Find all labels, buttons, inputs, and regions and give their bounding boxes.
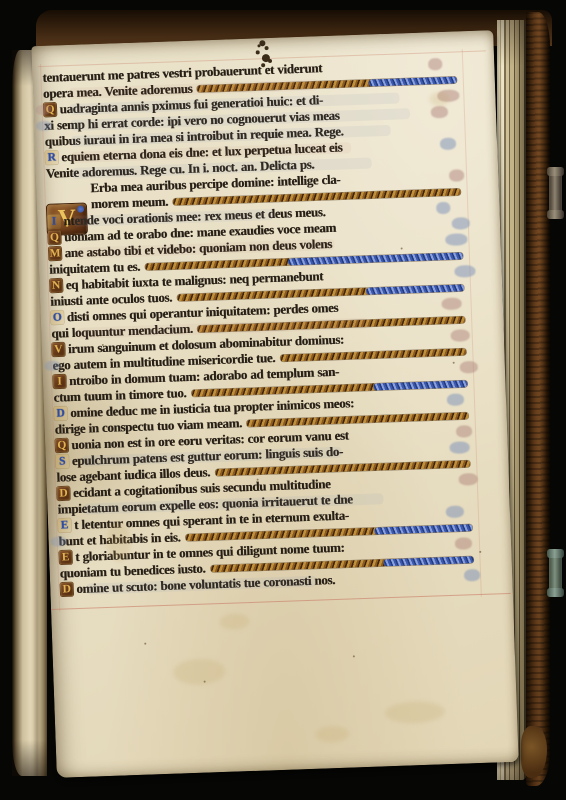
ink-offset-stain <box>36 121 52 132</box>
ink-offset-stain <box>35 105 51 116</box>
ink-offset-stain <box>428 58 442 70</box>
ink-offset-stain <box>459 473 478 486</box>
parchment-stain <box>173 658 226 686</box>
ink-offset-stain <box>449 169 464 182</box>
ink-blot-stain <box>256 50 260 54</box>
ink-offset-stain <box>460 361 478 374</box>
ink-blot-stain <box>265 46 269 50</box>
illuminated-initial: S <box>56 454 69 468</box>
book-photo: tentauerunt me patres vestri probauerunt… <box>0 0 566 800</box>
illuminated-initial: O <box>51 310 64 324</box>
parchment-speck <box>353 655 355 657</box>
illuminated-initial: V <box>52 342 65 356</box>
parchment-speck <box>204 681 206 683</box>
ink-offset-stain <box>51 536 67 547</box>
ink-offset-stain <box>447 393 464 406</box>
illuminated-initial: D <box>60 582 73 596</box>
ink-offset-stain <box>436 202 450 214</box>
parchment-speck <box>144 643 146 645</box>
illuminated-initial: D <box>57 486 70 500</box>
illuminated-initial: Q <box>55 438 68 452</box>
illuminated-initial: I <box>47 214 60 228</box>
illuminated-initial: I <box>53 374 66 388</box>
ink-offset-stain <box>451 329 470 342</box>
parchment-speck <box>479 551 481 553</box>
manuscript-page: tentauerunt me patres vestri probauerunt… <box>31 30 518 778</box>
illuminated-initial: N <box>49 278 62 292</box>
parchment-stain <box>315 726 350 743</box>
illuminated-initial: E <box>58 518 71 532</box>
parchment-speck <box>102 344 104 346</box>
parchment-speck <box>257 479 259 481</box>
ink-offset-stain <box>452 217 470 230</box>
illuminated-initial: E <box>59 550 72 564</box>
ink-blot-stain <box>261 63 265 67</box>
leather-binding-edge <box>526 12 550 786</box>
illuminated-initial: D <box>54 406 67 420</box>
parchment-stain <box>384 700 445 724</box>
ink-offset-stain <box>456 425 472 438</box>
clasp-top <box>549 170 562 216</box>
ink-offset-stain <box>431 106 448 119</box>
parchment-speck <box>401 247 403 249</box>
ink-offset-stain <box>455 537 472 550</box>
ink-offset-stain <box>454 265 475 278</box>
clasp-bottom <box>549 552 562 594</box>
illuminated-initial: Q <box>48 230 61 244</box>
ink-blot-stain <box>257 44 260 47</box>
illuminated-initial: M <box>48 246 61 260</box>
parchment-stain <box>219 613 250 630</box>
ink-offset-stain <box>440 138 456 151</box>
parchment-speck <box>453 362 455 364</box>
ink-offset-stain <box>464 569 480 582</box>
ink-offset-stain <box>44 360 60 371</box>
illuminated-initial: R <box>45 150 58 164</box>
ink-offset-stain <box>446 505 464 518</box>
